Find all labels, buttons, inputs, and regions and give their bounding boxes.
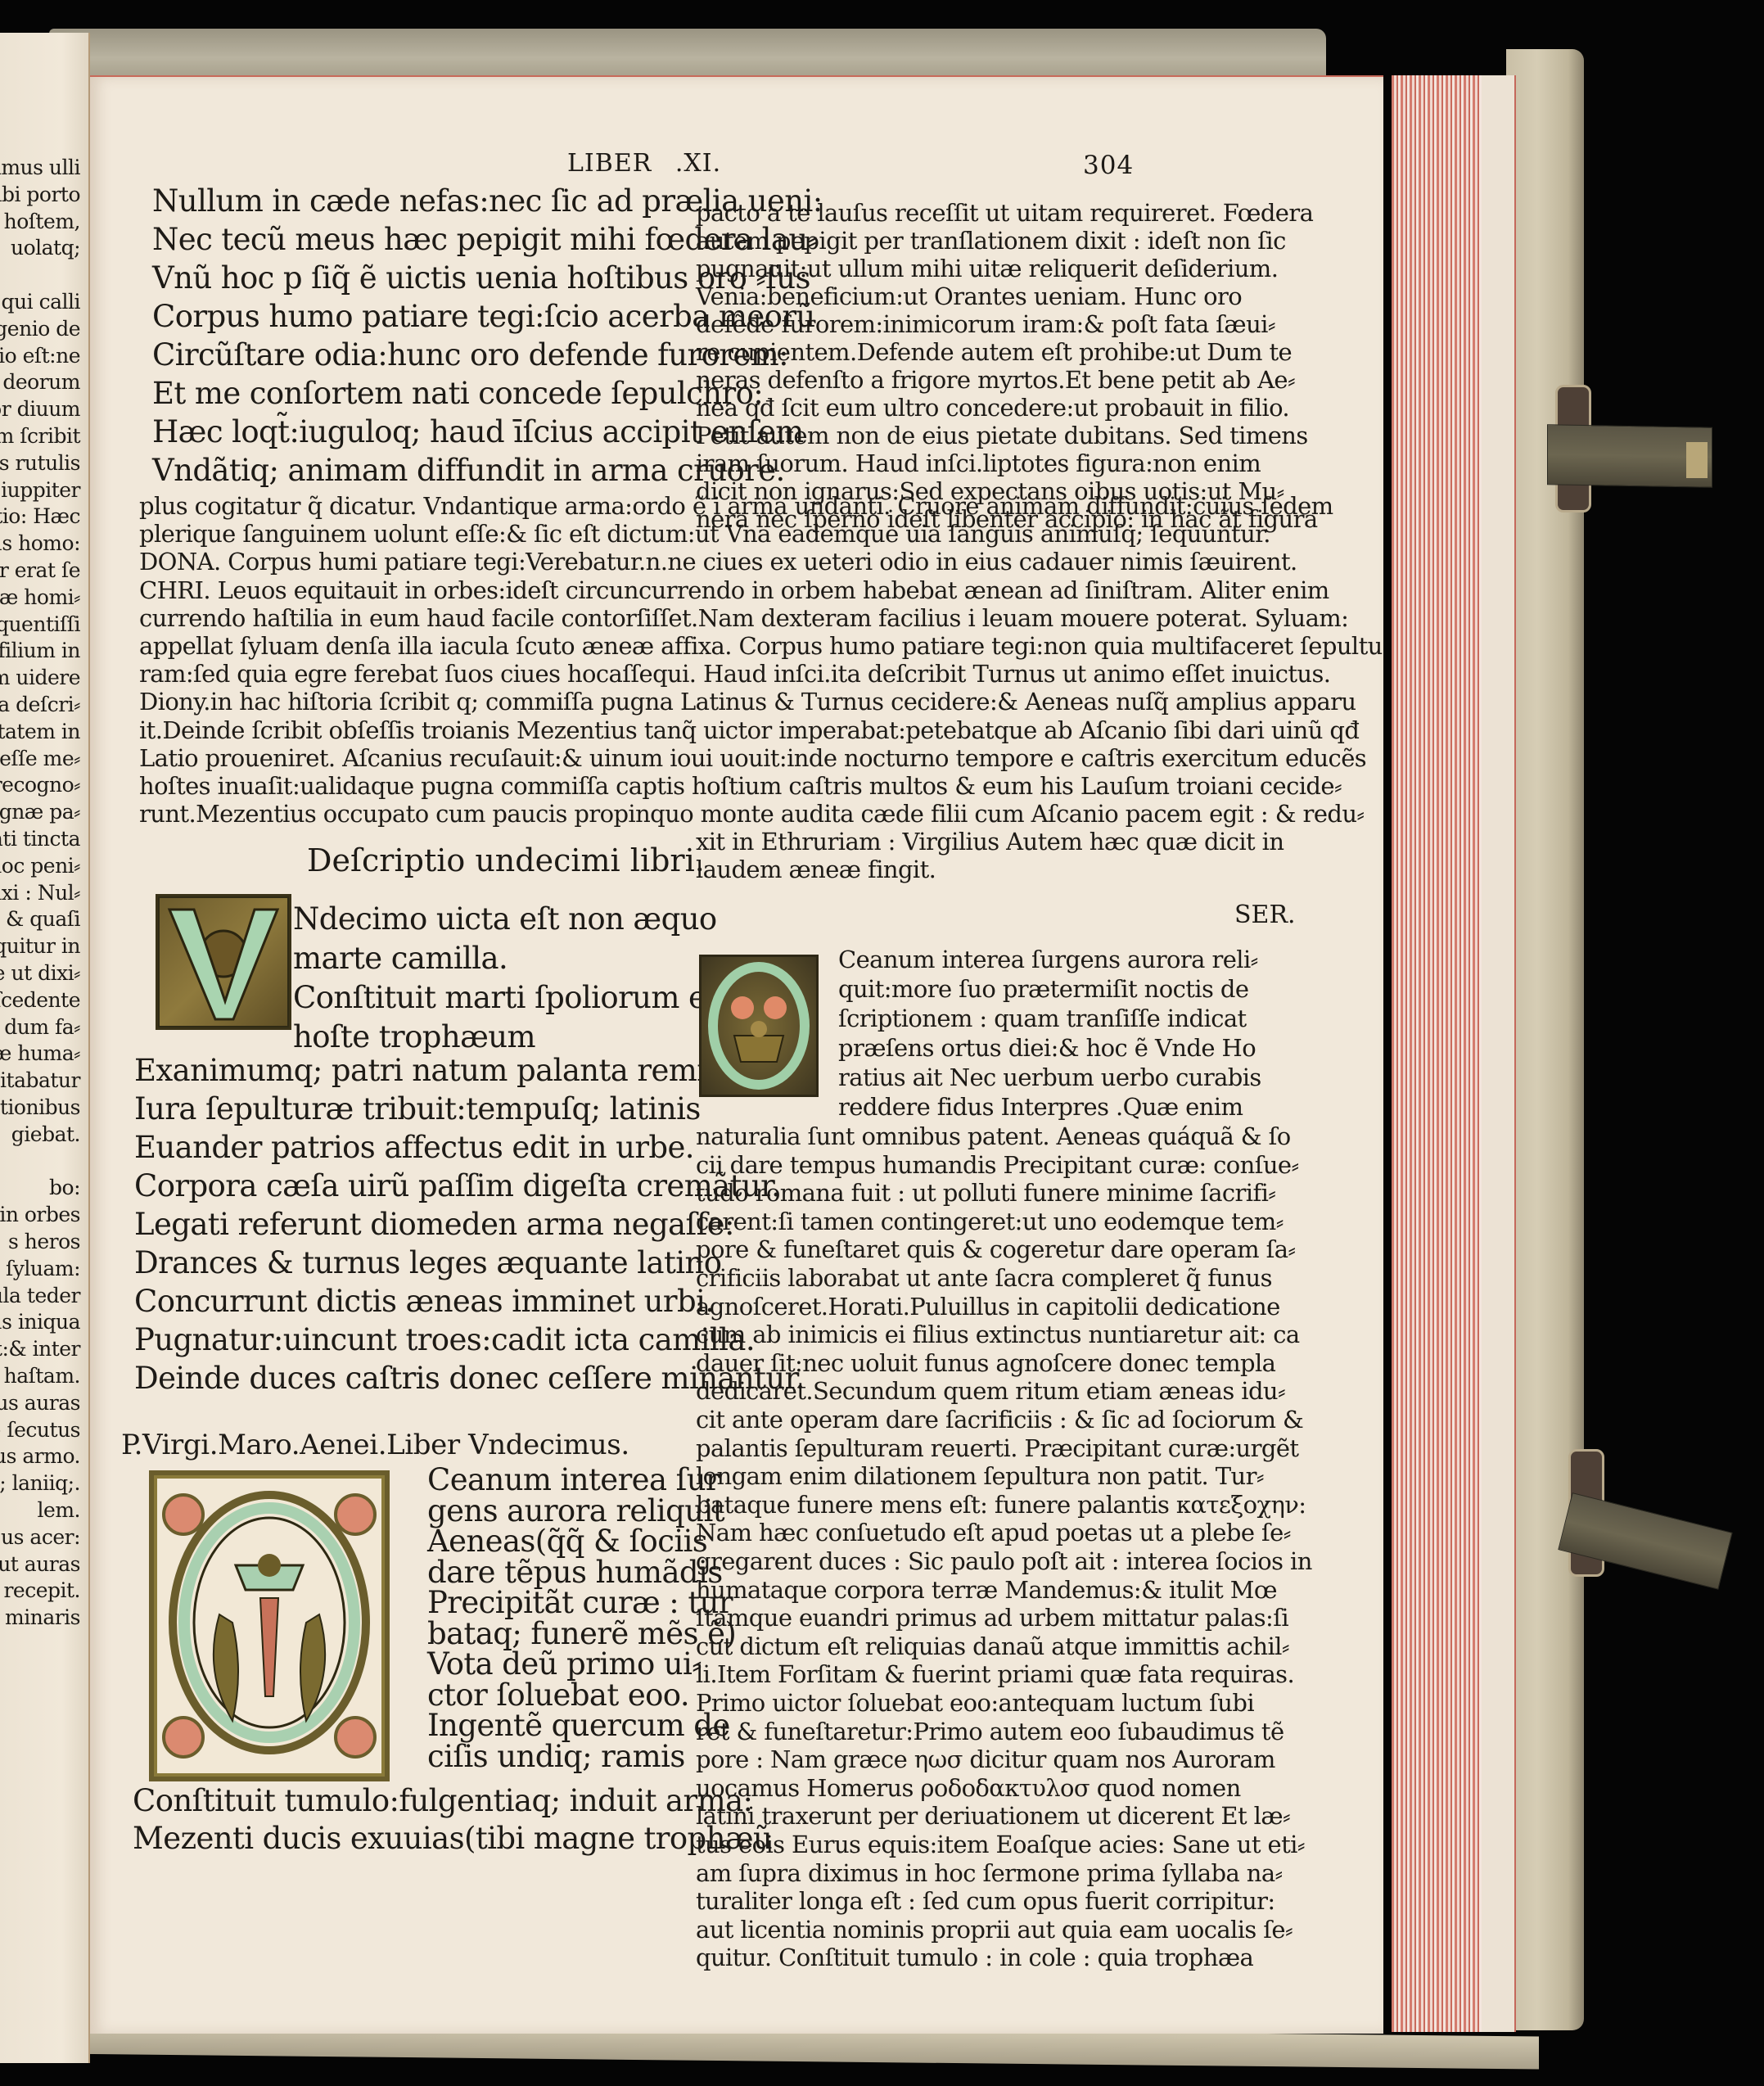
servius-line: latini traxerunt per deriuationem ut dic… xyxy=(696,1803,1290,1831)
verso-fragment-line: æ dum fa⸗ xyxy=(0,1015,80,1040)
commentary-line: plus cogitatur q̃ dicatur. Vndantique ar… xyxy=(139,493,1333,521)
servius-line: naturalia ſunt omnibus patent. Aeneas qu… xyxy=(696,1123,1291,1151)
verso-fragment-line: ietatem in xyxy=(0,720,80,744)
commentary-line: defẽde furorem:inimicorum iram:& poſt fa… xyxy=(696,311,1275,339)
verso-fragment-line: diſcedente xyxy=(0,988,80,1013)
argument-line: Exanimumq; patri natum palanta remittit: xyxy=(134,1051,760,1090)
servius-line: Nam hæc conſuetudo eſt apud poetas ut a … xyxy=(696,1519,1291,1547)
servius-line: quit:more ſuo prætermiſit noctis de xyxy=(838,976,1248,1004)
servius-line: carent:ſi tamen contingeret:ut uno eodem… xyxy=(696,1208,1284,1236)
verso-fragment-line: uæ homi⸗ xyxy=(0,585,80,610)
argument-line: Euander patrios affectus edit in urbe. xyxy=(134,1128,694,1167)
verso-fragment-line: q; laniiq;. xyxy=(0,1471,80,1496)
verso-fragment-line: q; igenio de xyxy=(0,317,80,341)
argument-line: Iura ſepulturæ tribuit:tempuſq; latinis xyxy=(134,1090,701,1128)
servius-line: dauer ſit:nec uoluit funus agnoſcere don… xyxy=(696,1350,1275,1378)
vellum-cover-top-edge xyxy=(49,29,1326,78)
clasp-metal-tip-upper xyxy=(1686,442,1708,478)
red-stained-page-edges xyxy=(1392,75,1482,2032)
decorated-initial-v xyxy=(156,894,291,1030)
running-head-title: LIBER xyxy=(567,149,652,178)
verso-fragment-line: us ut auras xyxy=(0,1552,80,1577)
verso-fragment-line: us armo. xyxy=(0,1444,80,1469)
initial-v-glyph-icon xyxy=(158,896,289,1027)
commentary-line: iram ſuorum. Haud inſci.liptotes figura:… xyxy=(696,450,1261,478)
verso-fragment-line: ius homo: xyxy=(0,531,80,556)
commentary-line: xit in Ethruriam : Virgilius Autem hæc q… xyxy=(696,829,1284,856)
commentary-line: ram:ſed quia egre ferebat ſuos ciues hoc… xyxy=(139,661,1330,689)
argument-line: Corpora cæſa uirũ paſſim digeſta cremãtu… xyxy=(134,1167,780,1205)
verse-line: Et me conſortem nati concede ſepulchro: xyxy=(152,374,763,413)
verso-fragment-line: uæ ut dixi⸗ xyxy=(0,961,80,986)
servius-line: am ſupra diximus in hoc ſermone prima ſy… xyxy=(696,1860,1283,1888)
verso-fragment-line: anes qui calli xyxy=(0,290,80,314)
verso-fragment-line: tibi porto xyxy=(0,183,80,207)
argument-line: Conſtituit marti ſpoliorum ex xyxy=(293,978,723,1017)
servius-line: uocamus Homerus ροδοδακτυλοσ quod nomen xyxy=(696,1775,1241,1803)
commentary-line: DONA. Corpus humi patiare tegi:Verebatur… xyxy=(139,549,1297,576)
servius-line: tudo romana fuit : ut polluti funere min… xyxy=(696,1180,1275,1208)
verso-fragment-line: ationibus xyxy=(0,1095,80,1120)
verso-fragment-line: bo: xyxy=(49,1176,80,1200)
argument-line: Pugnatur:uincunt troes:cadit icta camill… xyxy=(134,1321,755,1359)
servius-line: humataque corpora terræ Mandemus:& ituli… xyxy=(696,1577,1277,1605)
verso-fragment-line: ſyluam: xyxy=(6,1257,80,1281)
verso-fragment-line: .O iuppiter xyxy=(0,478,80,503)
verso-fragment-line: eta deſcri⸗ xyxy=(0,693,80,717)
servius-line: cii dare tempus humandis Precipitant cur… xyxy=(696,1152,1299,1180)
main-text-line: Conſtituit tumulo:fulgentiaq; induit arm… xyxy=(133,1781,752,1820)
servius-line: tus eois Eurus equis:item Eoaſque acies:… xyxy=(696,1831,1305,1859)
verso-fragment-line: giebat. xyxy=(11,1122,80,1147)
servius-line: ſcriptionem : quam tranſiſſe indicat xyxy=(838,1005,1247,1033)
argument-line: hoſte trophæum xyxy=(293,1018,535,1056)
verso-fragment-line: cit haſtam. xyxy=(0,1364,80,1388)
decorated-initial-o-small xyxy=(699,955,819,1097)
verso-page-fragment: rcimus ullitibi portoin hoſtem,uolatq;an… xyxy=(0,33,90,2063)
verso-fragment-line: par erat ſe xyxy=(0,558,80,583)
servius-line: pore & funeſtaret quis & cogeretur dare … xyxy=(696,1236,1295,1264)
argument-line: Ndecimo uicta eſt non æquo xyxy=(293,900,717,938)
verso-fragment-line: ptor diuum xyxy=(0,397,80,422)
argument-line: Concurrunt dictis æneas imminet urbi. xyxy=(134,1282,714,1321)
initial-o-flower-basket-glyph-icon xyxy=(702,957,816,1095)
commentary-line: appellat ſyluam denſa illa iacula ſcuto … xyxy=(139,633,1383,661)
verso-fragment-line: q; minaris xyxy=(0,1605,80,1630)
servius-line: Ceanum interea ſurgens aurora reli⸗ xyxy=(838,946,1258,974)
verso-fragment-line: os eſſe me⸗ xyxy=(0,747,80,771)
vellum-cover-fore-edge xyxy=(1506,49,1584,2030)
commentary-line: neras defenſto a frigore myrtos.Et bene … xyxy=(696,367,1295,395)
verso-fragment-line: pit:& inter xyxy=(0,1337,80,1361)
verso-fragment-line: ula teder xyxy=(0,1284,80,1308)
verso-fragment-line: ed hoc peni⸗ xyxy=(0,854,80,878)
servius-line: aut licentia nominis proprii aut quia ea… xyxy=(696,1917,1293,1944)
servius-line: ratius ait Nec uerbum uerbo curabis xyxy=(838,1064,1261,1092)
commentator-margin-label: SER. xyxy=(1234,901,1296,929)
commentary-line: plerique ſanguinem uolunt eſſe:& ſic eſt… xyxy=(139,521,1270,549)
servius-line: ſtamque euandri primus ad urbem mittatur… xyxy=(696,1605,1288,1632)
commentary-line: it.Deinde ſcribit obſeſſis troianis Meze… xyxy=(139,717,1359,745)
servius-line: cut dictum eſt reliquias danaũ atque imm… xyxy=(696,1633,1289,1661)
servius-line: turaliter longa eſt : ſed cum opus fueri… xyxy=(696,1888,1275,1916)
servius-line: ret & funeſtaretur:Primo autem eoo ſubau… xyxy=(696,1718,1284,1746)
verso-fragment-line: uenti tincta xyxy=(0,827,80,851)
verso-fragment-line: æ huma⸗ xyxy=(0,1041,80,1066)
servius-line: dedicaret.Secundum quem ritum etiam ænea… xyxy=(696,1378,1285,1406)
running-head: LIBER .XI. xyxy=(567,149,721,178)
argument-line: Legati referunt diomeden arma negaſſe: xyxy=(134,1205,734,1244)
commentary-line: runt.Mezentius occupato cum paucis propi… xyxy=(139,801,1364,829)
folio-number: 304 xyxy=(1083,151,1134,180)
verso-fragment-line: in hoſtem, xyxy=(0,210,80,234)
servius-line: gregarent duces : Sic paulo poſt ait : i… xyxy=(696,1548,1312,1576)
verse-line: Vndãtiq; animam diffundit in arma cruore… xyxy=(152,451,785,490)
servius-line: li.Item Forſitam & fuerint priami quæ fa… xyxy=(696,1661,1294,1689)
argument-line: Drances & turnus leges æquante latino xyxy=(134,1244,721,1282)
servius-line: palantis ſepulturam reuerti. Præcipitant… xyxy=(696,1435,1298,1463)
servius-line: agnoſceret.Horati.Puluillus in capitolii… xyxy=(696,1294,1280,1321)
verse-line: Circũſtare odia:hunc oro defende furorem… xyxy=(152,336,788,374)
servius-line: quitur. Conſtituit tumulo : in cole : qu… xyxy=(696,1944,1253,1972)
verso-fragment-line: linquitur in xyxy=(0,934,80,959)
verso-fragment-line: s heros xyxy=(8,1230,80,1254)
commentary-line: CHRI. Leuos equitauit in orbes:ideſt cir… xyxy=(139,577,1329,605)
servius-line: bataque funere mens eſt: funere palantis… xyxy=(696,1492,1306,1519)
argument-heading: Deſcriptio undecimi libri. xyxy=(307,842,705,878)
argument-line: marte camilla. xyxy=(293,939,508,978)
verso-fragment-line: filium in xyxy=(0,639,80,663)
commentary-line: currendo haſtilia in eum haud facile con… xyxy=(139,605,1348,633)
commentary-line: hoſtes inuaſit:ualidaque pugna commiſſa … xyxy=(139,773,1342,801)
servius-line: pore : Nam græce ηωσ dicitur quam nos Au… xyxy=(696,1746,1275,1774)
commentary-line: Petit autem non de eius pietate dubitans… xyxy=(696,422,1308,450)
commentary-line: re cupientem.Defende autem eſt prohibe:u… xyxy=(696,339,1292,367)
verso-fragment-line: tius rutulis xyxy=(0,451,80,476)
servius-line: crificiis laborabat ut ante ſacra comple… xyxy=(696,1265,1272,1293)
commentary-line: Venia:beneficium:ut Orantes ueniam. Hunc… xyxy=(696,283,1242,311)
verso-fragment-line: tum ſcribit xyxy=(0,424,80,449)
initial-o-floral-glyph-icon xyxy=(154,1475,385,1777)
commentary-line: pugnauit:ut ullum mihi uitæ reliquerit d… xyxy=(696,255,1278,283)
decorated-initial-o-large xyxy=(149,1470,390,1781)
page-block-edge xyxy=(1482,75,1516,2032)
servius-line: reddere fidus Interpres .Quæ enim xyxy=(838,1094,1243,1122)
main-text-line: ciſis undiq; ramis xyxy=(427,1737,685,1776)
servius-line: longam enim dilationem ſepultura non pat… xyxy=(696,1463,1264,1491)
verso-fragment-line: it in orbes xyxy=(0,1203,80,1227)
verso-fragment-line: ſequentiſſi xyxy=(0,612,80,637)
commentary-line: Latio proueniret. Aſcanius recuſauit:& u… xyxy=(139,745,1366,773)
commentary-line: pacto a te lauſus receſſit ut uitam requ… xyxy=(696,200,1313,228)
servius-line: præſens ortus diei:& hoc ẽ Vnde Ho xyxy=(838,1035,1256,1063)
verso-fragment-line: d dixi : Nul⸗ xyxy=(0,881,80,905)
servius-line: Primo uictor ſoluebat eoo:antequam luctu… xyxy=(696,1690,1254,1718)
running-head-book: .XI. xyxy=(675,149,721,178)
commentary-line: Diony.in hac hiſtoria ſcribit q; commiſſ… xyxy=(139,689,1356,716)
verso-fragment-line: us acer: xyxy=(1,1525,80,1550)
verso-fragment-line: rcimus ulli xyxy=(0,156,80,180)
verso-fragment-line: ipſe ſecutus xyxy=(0,1418,80,1443)
verso-fragment-line: q; recepit. xyxy=(0,1578,80,1603)
servius-line: cum ab inimicis ei filius extinctus nunt… xyxy=(696,1321,1300,1349)
commentary-line: autem pepigit per tranſlationem dixit : … xyxy=(696,228,1286,255)
verso-fragment-line: genio eſt:ne xyxy=(0,344,80,368)
main-text-line: Mezenti ducis exuuias(tibi magne trophæũ xyxy=(133,1819,772,1858)
servius-line: cit ante operam dare ſacrificiis : & ſic… xyxy=(696,1406,1303,1434)
verso-fragment-line: gitabatur xyxy=(0,1068,80,1093)
book-title: P.Virgi.Maro.Aenei.Liber Vndecimus. xyxy=(121,1429,629,1461)
verso-fragment-line: uolatq; xyxy=(11,236,80,260)
verso-fragment-line: n recogno⸗ xyxy=(0,773,80,797)
verso-fragment-line: ltatio: Hæc xyxy=(0,504,80,529)
recto-page: LIBER .XI. 304 Nullum in cæde nefas:nec … xyxy=(90,75,1383,2034)
commentary-line: laudem æneæ fingit. xyxy=(696,856,936,884)
commentary-line: nea qđ ſcit eum ultro concedere:ut proba… xyxy=(696,395,1289,422)
verso-fragment-line: lus iniqua xyxy=(0,1310,80,1334)
verso-fragment-line: m uidere xyxy=(0,666,80,690)
verso-fragment-line: lem. xyxy=(38,1498,80,1523)
verso-fragment-line: cibus auras xyxy=(0,1391,80,1415)
verso-fragment-line: acite & quaſi xyxy=(0,907,80,932)
verso-fragment-line: ma deorum xyxy=(0,370,80,395)
verso-fragment-line: Magnæ pa⸗ xyxy=(0,800,80,824)
